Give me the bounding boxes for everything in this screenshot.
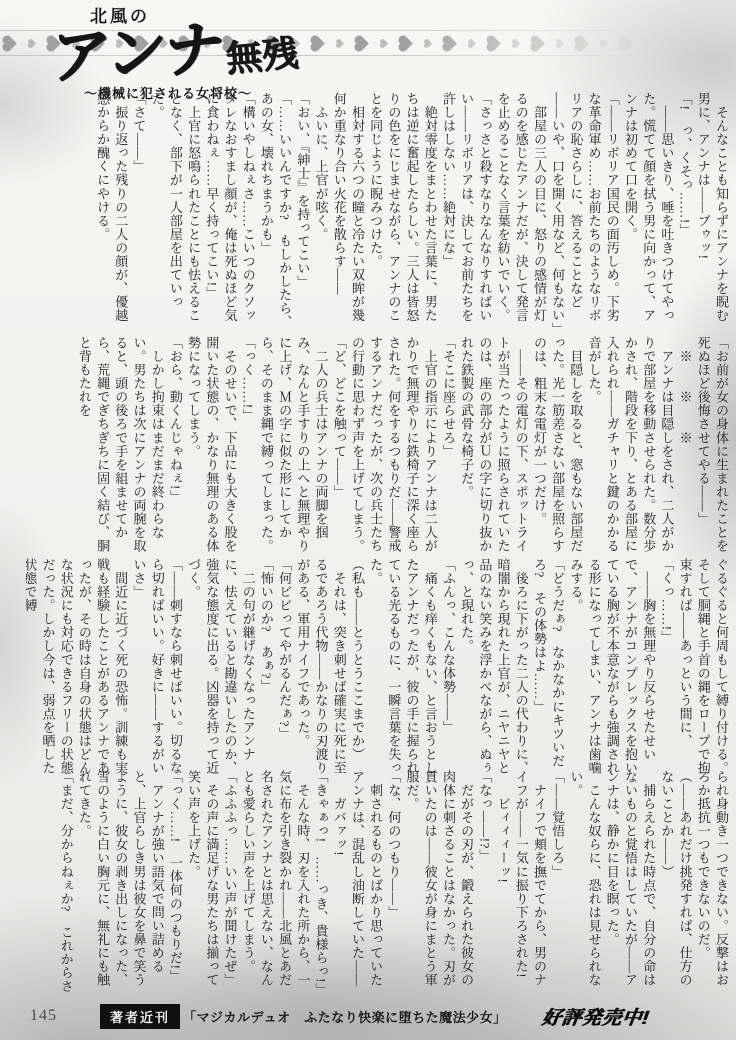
heart-ornament-icon [513,39,520,46]
paragraph: ビィィィーッ! [493,770,511,996]
paragraph: （――あれだけ挑発すれば、仕方のないことか――） [657,770,693,996]
paragraph: 「! っ、くそっ……!」 [675,92,693,332]
paragraph: 「っく……!」 [239,336,257,564]
paragraph: 目隠しを取ると、窓もない部屋だった。光一筋差さない部屋を照らすのは、粗末な電灯が… [530,336,585,564]
paragraph: 間近に近づく死の恐怖。訓練も実戦も経験したことがあるアンナであったが、その時は自… [26,558,129,776]
heart-ornament-icon [444,37,457,50]
author-recent-works-box: 著者近刊 [100,1004,180,1029]
heart-ornament-icon [488,37,501,50]
paragraph: られ身動き一つできない。反撃はおろか抵抗一つもできないのだ。 [694,770,730,996]
page-footer: 145 著者近刊 「マジカルデュオ ふたなり快楽に堕ちた魔法少女」 好評発売中! [0,1000,736,1032]
paragraph: ぐるぐると何周もして縛り付ける。そして胴縄と手首の縄をロープで拘束すれば――あっ… [675,558,730,776]
paragraph: そんなことも知らずにアンナを睨む男に、アンナは――ブゥッ! [694,92,730,332]
paragraph: 「おい、『紳士』を持ってこい」 [293,92,311,332]
paragraph: 相対する六つの瞳と冷たい双眸が幾何か重なり合い火花を散らす―― [330,92,366,332]
paragraph: そのせいで、下品にも大きく股を開いた状態の、かなり無理のある体勢になってしまう。 [184,336,239,564]
heart-ornament-icon [532,37,545,50]
paragraph: 二人の兵士はアンナの両脚を掴み、なんと手すりの上へと無理やりに上げ、Ｍの字に似た… [257,336,330,564]
on-sale-now-label: 好評発売中! [540,1003,651,1030]
paragraph: 「まだ、分からねぇか? これからさ [56,770,74,996]
text-band-1: そんなことも知らずにアンナを睨む男に、アンナは――ブゥッ!「! っ、くそっ……!… [26,92,730,332]
paragraph: アンナは目隠しをされ、二人がかりで部屋を移動させられた。数分歩かされ、階段を下り… [584,336,675,564]
paragraph: 「――リボリア国民の面汚しめ。下劣な革命軍め……お前たちのようなリボリアの恥さら… [548,92,621,332]
paragraph: 「くっ……!」 [657,558,675,776]
text-band-3: ぐるぐると何周もして縛り付ける。そして胴縄と手首の縄をロープで拘束すれば――あっ… [26,558,730,776]
paragraph: 「怖いのか? あぁ?」 [257,558,275,776]
paragraph: 上官の指示によりアンナは二人がかりで無理やりに鉄椅子に深く座らされた。何をするつ… [348,336,439,564]
heart-ornament-icon [620,37,633,50]
heart-ornament-icon [4,37,17,50]
paragraph: 「なっ――!?」 [475,770,493,996]
page-number: 145 [30,1007,57,1025]
paragraph: 捕らえられた時点で、自分の命はないものと覚悟はしていたが――アンナは、静かに目を… [603,770,658,996]
paragraph: ――胸を無理やり反らせたせいで、アンナがコンプレックスを抱いている胸が不本意なが… [566,558,657,776]
paragraph: 「っく……! 一体何のつもりだ!」 [166,770,184,996]
paragraph: 振り返った残りの二人の顔が、優越感からか醜くにやける。 [93,92,129,332]
paragraph: 「おら、動くんじゃねぇ!」 [166,336,184,564]
paragraph: 「ど、どこを触って――」 [330,336,348,564]
paragraph: 絶対零度をまとわせた言葉に、男たちは逆に奮起したらしい。三人は皆怒りの色をにじま… [366,92,439,332]
logo-title-sub: 無残 [223,25,299,82]
paragraph: しかし拘束はまだまだ終わらない。男たちは次にアンナの両腕を取ると、頭の後ろで手を… [75,336,166,564]
text-band-2: 「お前が女の身体に生まれたことを死ぬほど後悔させてやる――」 ※ ※ ※ アンナ… [26,336,730,564]
paragraph: 「な、何のつもり――」 [384,770,402,996]
paragraph: 「何ビビってやがるんだぁ?」 [275,558,293,776]
paragraph: 「……いいんですか? もしかしたら、あの女、壊れちまうかも」 [257,92,293,332]
heart-ornament-icon [645,39,652,46]
paragraph: 部屋の三人の目に、怒りの感情が灯るのを感じたアンナだが、決して発言を止めることな… [493,92,548,332]
paragraph: 「――覚悟しろ」 [548,770,566,996]
paragraph: ――その電灯の下、スポットライトが当たったように照らされていたのは、座の部分がＵ… [457,336,530,564]
paragraph: こんな奴らに、恐れは見せられない。 [566,770,602,996]
heart-ornament-icon [576,37,589,50]
paragraph: 「さっさと殺すなりなんなりすればいい――リボリアは、決してお前たちを許しはしない… [439,92,494,332]
heart-ornament-icon [601,39,608,46]
paragraph: 上官に怒鳴られたことにも怯えることなく、部下が一人部屋を出ていった。 [148,92,203,332]
paragraph: ナイフで頬を撫でてから、男のナイフが――一気に振り下ろされた! [512,770,548,996]
paragraph: 「お前が女の身体に生まれたことを死ぬほど後悔させてやる――」 [694,336,730,564]
paragraph: 刺されるものとばかり思っていたアンナは、混乱し油断していた―― [348,770,384,996]
paragraph: それは、突き刺せば確実に死に至るであろう代物――かなりの刃渡りがある、軍用ナイフ… [293,558,348,776]
paragraph: （私も――とうとうここまでか） [348,558,366,776]
series-logo: 北風の アンナ 無残 〜機械に犯される女将校〜 [50,2,442,102]
paragraph: 「そこに座らせろ」 [439,336,457,564]
paragraph: ――思いきり、唾を吐きつけてやった。慌てて顔を拭う男に向かって、アンナは初めて口… [621,92,676,332]
advertised-book-title: 「マジカルデュオ ふたなり快楽に堕ちた魔法少女」 [183,1007,507,1026]
logo-title-main: アンナ [49,18,224,87]
paragraph: ※ ※ ※ [675,336,693,564]
heart-ornament-icon [557,39,564,46]
paragraph: 痛くも痒くもない、と言おうとしたアンナだったが、彼の手に握られている光るものに、… [366,558,439,776]
paragraph: 「きゃぁっ! ……っき、貴様らっ!」 [311,770,329,996]
heart-ornament-icon [29,39,36,46]
heart-ornament-icon [469,39,476,46]
paragraph: ふいに、上官が呟く。 [311,92,329,332]
paragraph: アンナが強い語気で問い詰めると、上官らしき男は彼女を鼻で笑うように、彼女の剥き出… [75,770,166,996]
paragraph: その声に満足げな男たちは揃って笑い声を上げた。 [184,770,220,996]
text-band-4: られ身動き一つできない。反撃はおろか抵抗一つもできないのだ。（――あれだけ挑発す… [26,770,730,996]
paragraph: 後ろに下がった二人の代わりに、暗闇から現れた上官が、ニヤニヤと品のない笑みを浮か… [457,558,530,776]
paragraph: 「どうだぁ? なかなかにキツいだろ? その体勢はよ……」 [530,558,566,776]
paragraph: 二の句が継げなくなったアンナに、怯えていると勘違いしたのか、強気な態度に出る。凶… [184,558,257,776]
paragraph: 「構いやしねぇさ……こいつのクソッタレなおすまし顔が、俺は死ぬほど気に食わねぇ…… [202,92,257,332]
paragraph: 「――刺すなら刺せばいい。切るなら切ればいい。好きに――するがいいさ」 [129,558,184,776]
paragraph: そんな時、刃を入れた所から、一気に布を引き裂かれ――北風とあだ名されたアンナとは… [239,770,312,996]
paragraph: ガバァッ! [330,770,348,996]
paragraph: だがその刃が、鍛えられた彼女の肉体に刺さることはなかった。刃が貫いたのは――彼女… [402,770,475,996]
logo-title-row: アンナ 無残 [50,23,442,83]
novel-page: { "header": { "kicker": "北風の", "title_ma… [0,0,736,1040]
paragraph: 「ふんっ、こんな体勢――」 [439,558,457,776]
paragraph: 「さて――」 [129,92,147,332]
paragraph: 「ふふふっ……いい声が聞けたぜ」 [220,770,238,996]
